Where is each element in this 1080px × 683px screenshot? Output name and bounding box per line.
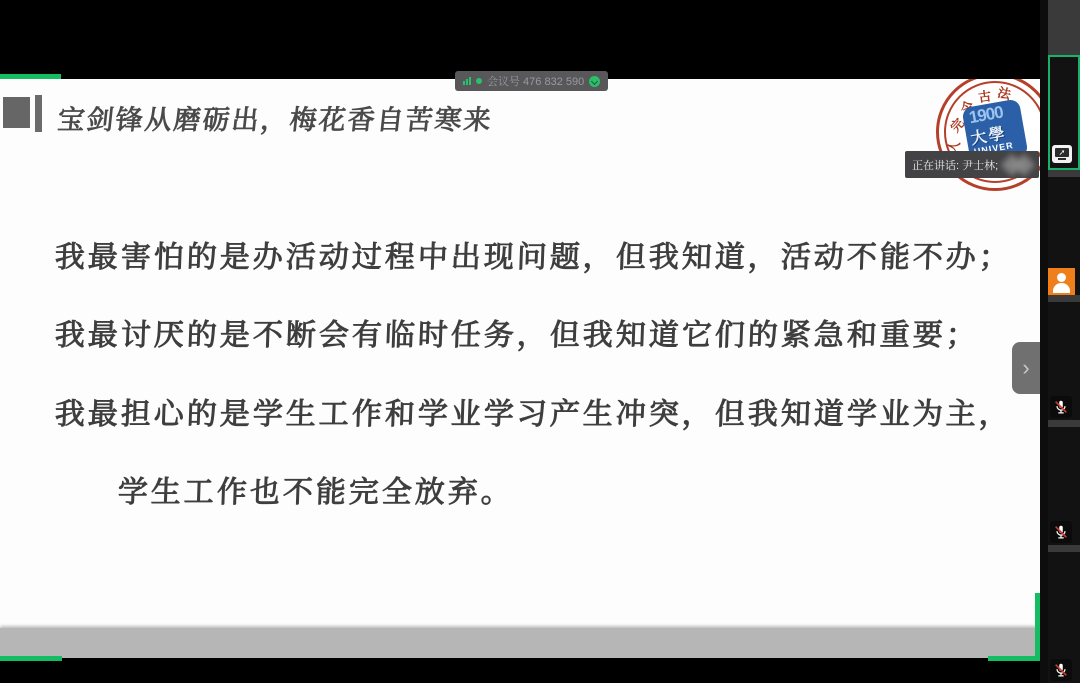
- meeting-security-icon[interactable]: [589, 76, 600, 87]
- now-speaking-label: 正在讲话: 尹士林;: [912, 157, 998, 173]
- screen-share-icon: ➚: [1052, 145, 1072, 163]
- sidebar-divider: [1040, 0, 1048, 683]
- title-decoration-square: [3, 97, 30, 128]
- participant-tile[interactable]: [1048, 427, 1080, 545]
- mic-muted-icon: [1050, 659, 1072, 681]
- speaker-avatar-blurred: [1013, 153, 1036, 176]
- participant-tile[interactable]: [1048, 177, 1080, 295]
- slide-text-line: 我最讨厌的是不断会有临时任务，但我知道它们的紧急和重要；: [54, 310, 980, 354]
- signal-strength-icon: [463, 77, 471, 85]
- slide-text-line: 学生工作也不能完全放弃。: [117, 467, 515, 511]
- now-speaking-toast: 正在讲话: 尹士林;: [905, 151, 1039, 178]
- share-border-bottom-left: [0, 656, 62, 661]
- share-border-top-left: [0, 74, 61, 79]
- slide-text-line: 我最害怕的是办活动过程中出现问题，但我知道，活动不能不办；: [54, 232, 1013, 276]
- meeting-id-label: 会议号 476 832 590: [487, 73, 584, 89]
- mic-muted-icon: [1050, 521, 1072, 543]
- title-decoration-bar: [35, 95, 42, 132]
- participant-tile-sharing[interactable]: ➚: [1048, 55, 1080, 170]
- chevron-right-icon: ›: [1022, 357, 1029, 379]
- participant-tile[interactable]: [1048, 552, 1080, 683]
- shared-screen-slide: 宝剑锋从磨砺出，梅花香自苦寒来 我最害怕的是办活动过程中出现问题，但我知道，活动…: [0, 79, 1040, 628]
- avatar-placeholder-icon: [1048, 268, 1075, 295]
- status-dot-icon: [476, 78, 482, 84]
- mic-muted-icon: [1050, 396, 1072, 418]
- participant-video-panel: ➚: [1048, 0, 1080, 683]
- expand-video-panel-tab[interactable]: ›: [1012, 342, 1040, 394]
- shared-desktop-taskbar: [0, 628, 1040, 658]
- slide-text-line: 我最担心的是学生工作和学业学习产生冲突，但我知道学业为主，: [54, 389, 1013, 433]
- share-border-bottom-right-horizontal: [988, 656, 1040, 661]
- participant-tile[interactable]: [1048, 302, 1080, 420]
- slide-title: 宝剑锋从磨砺出，梅花香自苦寒来: [56, 98, 495, 137]
- meeting-id-bar[interactable]: 会议号 476 832 590: [455, 71, 608, 91]
- meeting-app-window: 宝剑锋从磨砺出，梅花香自苦寒来 我最害怕的是办活动过程中出现问题，但我知道，活动…: [0, 0, 1080, 683]
